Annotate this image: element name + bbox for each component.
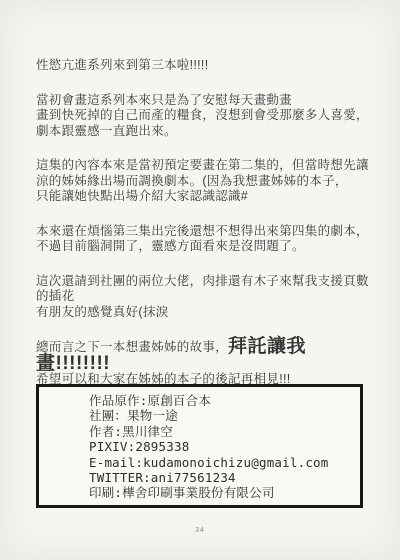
credit-line-pixiv: PIXIV:2895338: [89, 439, 360, 454]
afterword-text-block: 性慾亢進系列來到第三本啦!!!!! 當初會畫這系列本來只是為了安慰每天畫動畫 畫…: [36, 58, 374, 407]
page-number: 34: [0, 527, 400, 534]
credits-box: 作品原作:原創百合本 社團：果物一途 作者:黑川律空 PIXIV:2895338…: [36, 384, 363, 508]
afterword-paragraph-5: 這次還請到社團的兩位大佬，肉排還有木子來幫我支援頁數的插花 有朋友的感覺真好(抹…: [36, 274, 374, 321]
afterword-paragraph-3: 這集的內容本來是當初預定要畫在第二集的，但當時想先讓 涼的姊姊緣出場而調換劇本。…: [36, 158, 374, 205]
credit-line-author: 作者:黑川律空: [89, 424, 360, 439]
afterword-paragraph-6: 總而言之下一本想畫姊姊的故事，拜託讓我畫!!!!!!!!希望可以和大家在姊姊的本…: [36, 339, 374, 388]
credit-line-original-work: 作品原作:原創百合本: [89, 393, 360, 408]
credit-line-printer: 印刷:樺舍印刷事業股份有限公司: [89, 485, 360, 500]
credit-line-circle: 社團：果物一途: [89, 408, 360, 423]
afterword-paragraph-2: 當初會畫這系列本來只是為了安慰每天畫動畫 畫到快死掉的自己而產的糧食，沒想到會受…: [36, 93, 374, 140]
afterword-paragraph-1: 性慾亢進系列來到第三本啦!!!!!: [36, 58, 374, 74]
credit-line-email: E-mail:kudamonoichizu@gmail.com: [89, 455, 360, 470]
afterword-paragraph-4: 本來還在煩惱第三集出完後還想不想得出來第四集的劇本， 不過目前腦洞開了，靈感方面…: [36, 224, 374, 255]
credits-text-block: 作品原作:原創百合本 社團：果物一途 作者:黑川律空 PIXIV:2895338…: [39, 387, 360, 501]
credit-line-twitter: TWITTER:ani77561234: [89, 470, 360, 485]
scanned-afterword-page: 性慾亢進系列來到第三本啦!!!!! 當初會畫這系列本來只是為了安慰每天畫動畫 畫…: [0, 0, 400, 560]
